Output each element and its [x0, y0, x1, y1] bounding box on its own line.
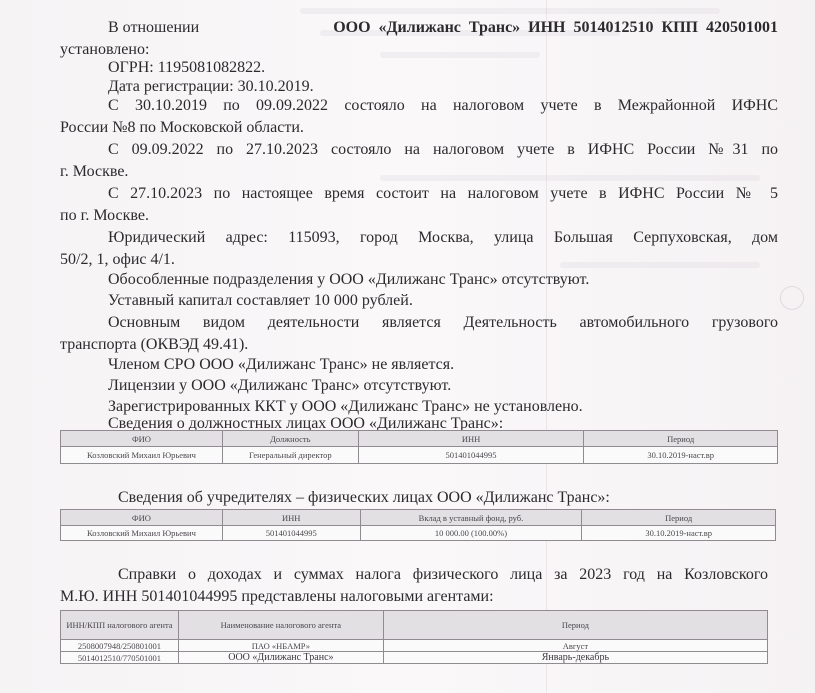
cell-position: Генеральный директор — [222, 447, 358, 464]
legal-address-line2: 50/2, 1, офис 4/1. — [60, 250, 175, 270]
table-row: Козловский Михаил Юрьевич 501401044995 1… — [61, 526, 776, 541]
licenses-text: Лицензии у ООО «Дилижанс Транс» отсутств… — [108, 376, 451, 396]
income-caption-line2: М.Ю. ИНН 501401044995 представлены налог… — [60, 587, 494, 607]
column-header: Период — [383, 611, 767, 640]
intro-prefix: В отношении — [108, 18, 199, 38]
cell-inn: 501401044995 — [222, 526, 360, 541]
column-header: Период — [584, 431, 778, 447]
column-header: ИНН/КПП налогового агента — [61, 611, 179, 640]
scan-artifact — [380, 52, 540, 58]
column-header: Период — [582, 510, 776, 526]
intro-company: ООО «Дилижанс Транс» ИНН 5014012510 КПП … — [333, 18, 778, 38]
activity-line1: Основным видом деятельности является Дея… — [108, 313, 778, 333]
cell-fio: Козловский Михаил Юрьевич — [61, 526, 223, 541]
activity-line2: транспорта (ОКВЭД 49.41). — [60, 335, 248, 355]
column-header: Вклад в уставный фонд, руб. — [360, 510, 582, 526]
table-row: Козловский Михаил Юрьевич Генеральный ди… — [61, 447, 778, 464]
tax-registration-1-line1: С 30.10.2019 по 09.09.2022 состояло на н… — [108, 96, 778, 116]
scan-circle-artifact — [780, 286, 804, 310]
legal-address-line1: Юридический адрес: 115093, город Москва,… — [108, 228, 778, 248]
cell-fio: Козловский Михаил Юрьевич — [61, 447, 223, 464]
column-header: ФИО — [61, 431, 223, 447]
cell-agent-name: ПАО «НБАМР» — [178, 640, 383, 652]
table-header-row: ФИО ИНН Вклад в уставный фонд, руб. Пери… — [61, 510, 776, 526]
intro-suffix: установлено: — [60, 40, 149, 60]
tax-registration-3-line2: по г. Москве. — [60, 206, 149, 226]
tax-registration-2-line1: С 09.09.2022 по 27.10.2023 состояло на н… — [108, 140, 778, 160]
column-header: Наименование налогового агента — [178, 611, 383, 640]
sro-text: Членом СРО ООО «Дилижанс Транс» не являе… — [108, 355, 454, 375]
table-header-row: ФИО Должность ИНН Период — [61, 431, 778, 447]
cell-inn-kpp: 2508007948/250801001 — [61, 640, 179, 652]
cell-inn-kpp: 5014012510/770501001 — [61, 652, 179, 664]
cell-period: 30.10.2019-наст.вр — [584, 447, 778, 464]
tax-registration-1-line2: России №8 по Московской области. — [60, 118, 304, 138]
cell-contribution: 10 000.00 (100.00%) — [360, 526, 582, 541]
column-header: Должность — [222, 431, 358, 447]
table-row: 2508007948/250801001 ПАО «НБАМР» Август — [61, 640, 768, 652]
cell-period: Январь-декабрь — [383, 652, 767, 664]
cell-inn: 501401044995 — [358, 447, 584, 464]
scanned-document-page: В отношении ООО «Дилижанс Транс» ИНН 501… — [0, 0, 815, 693]
cell-agent-name: ООО «Дилижанс Транс» — [178, 652, 383, 664]
table-row: 5014012510/770501001 ООО «Дилижанс Транс… — [61, 652, 768, 664]
branches-text: Обособленные подразделения у ООО «Дилижа… — [108, 270, 589, 290]
tax-agents-table: ИНН/КПП налогового агента Наименование н… — [60, 610, 768, 664]
founders-caption: Сведения об учредителях – физических лиц… — [118, 488, 610, 508]
scan-artifact — [560, 262, 760, 268]
column-header: ИНН — [358, 431, 584, 447]
table-header-row: ИНН/КПП налогового агента Наименование н… — [61, 611, 768, 640]
registration-date-text: Дата регистрации: 30.10.2019. — [108, 77, 314, 97]
cell-period: Август — [383, 640, 767, 652]
scan-artifact — [300, 8, 720, 14]
tax-registration-3-line1: С 27.10.2023 по настоящее время состоит … — [108, 184, 778, 204]
column-header: ИНН — [222, 510, 360, 526]
ogrn-text: ОГРН: 1195081082822. — [108, 58, 265, 78]
column-header: ФИО — [61, 510, 223, 526]
tax-registration-2-line2: г. Москве. — [60, 162, 128, 182]
officials-table: ФИО Должность ИНН Период Козловский Миха… — [60, 430, 778, 464]
intro-line: В отношении ООО «Дилижанс Транс» ИНН 501… — [108, 18, 778, 38]
income-caption-line1: Справки о доходах и суммах налога физиче… — [118, 565, 768, 585]
capital-text: Уставный капитал составляет 10 000 рубле… — [108, 291, 413, 311]
founders-table: ФИО ИНН Вклад в уставный фонд, руб. Пери… — [60, 509, 776, 541]
scan-artifact — [380, 175, 760, 181]
cell-period: 30.10.2019-наст.вр — [582, 526, 776, 541]
